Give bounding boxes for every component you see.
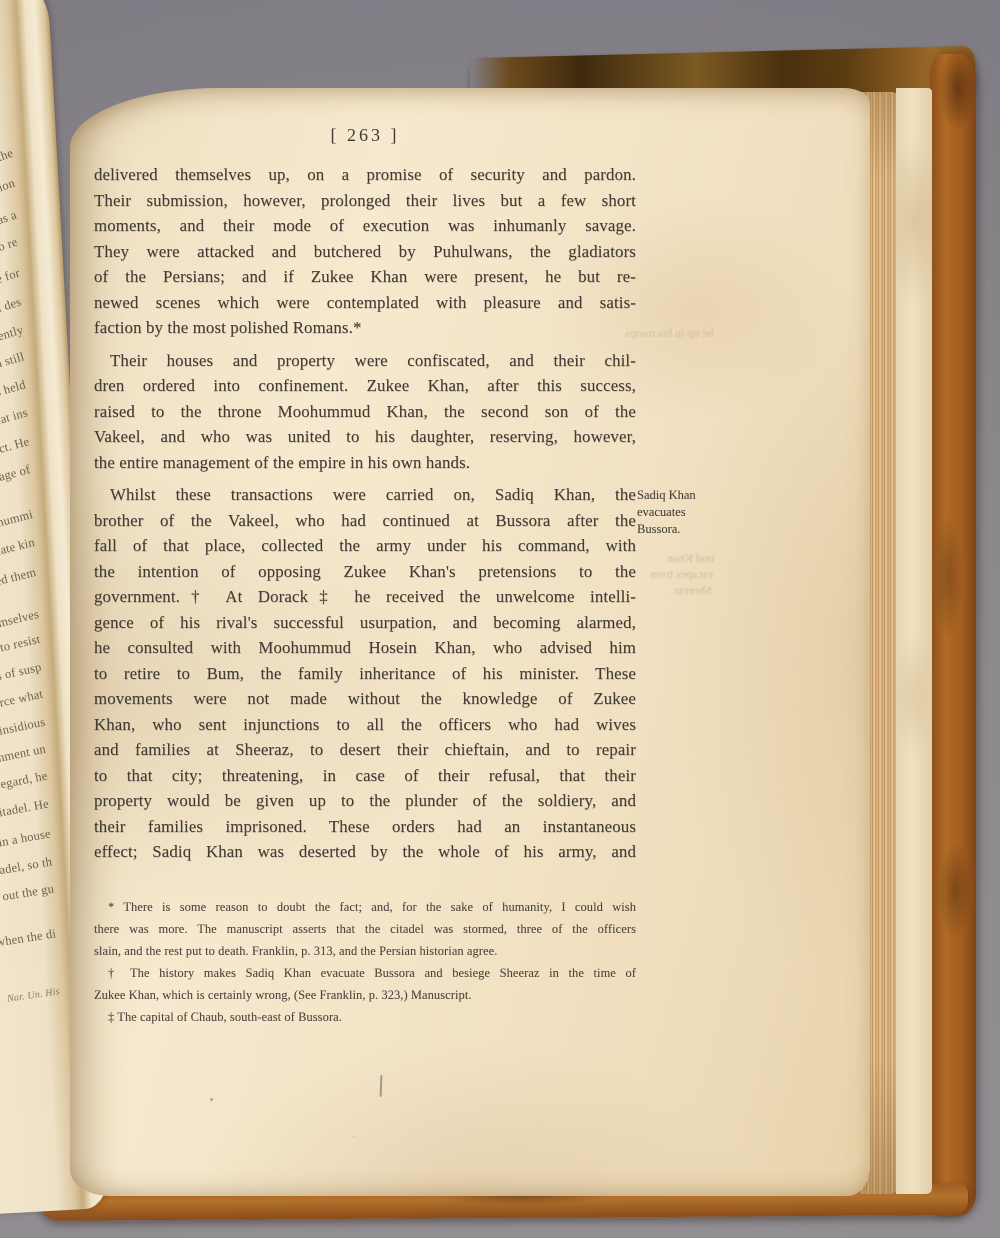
previous-page-text-fragment: n he is held: [0, 377, 28, 408]
previous-page-text-fragment: isregard, he: [0, 769, 49, 795]
text-line: Whilst these transactions were carried o…: [94, 482, 636, 508]
text-line: newed scenes which were contemplated wit…: [94, 290, 636, 316]
body-text: delivered themselves up, on a promise of…: [94, 162, 636, 865]
ink-bleedthrough: he up in his troops: [624, 325, 714, 341]
text-line: to that city; threatening, in case of th…: [94, 763, 636, 789]
previous-page-text-fragment: disaffection: [0, 176, 17, 210]
text-line: government.† At Dorack‡ he received the …: [94, 584, 636, 610]
book-page: [ 263 ] delivered themselves up, on a pr…: [70, 88, 870, 1196]
footnote: ‡ The capital of Chaub, south-east of Bu…: [94, 1006, 636, 1028]
paper-speck: [210, 1098, 213, 1101]
previous-page-text-fragment: Persia still: [0, 349, 26, 379]
previous-page-text-fragment: in a house: [0, 826, 52, 850]
footnote-line: † The history makes Sadiq Khan evacuate …: [94, 962, 636, 984]
text-line: delivered themselves up, on a promise of…: [94, 162, 636, 188]
paragraph: delivered themselves up, on a promise of…: [94, 162, 636, 341]
text-line: Khan, who sent injunctions to all the of…: [94, 712, 636, 738]
text-line: Vakeel, and who was united to his daught…: [94, 424, 636, 450]
text-line: raised to the throne Moohummud Khan, the…: [94, 399, 636, 425]
previous-page-text-fragment: red them: [0, 565, 38, 590]
text-line: the entire management of the empire in h…: [94, 450, 636, 476]
previous-page-text-fragment: ects of susp: [0, 660, 43, 688]
previous-page-text-fragment: em up as a: [0, 208, 19, 240]
paragraph: Whilst these transactions were carried o…: [94, 482, 636, 865]
text-line: of the Persians; and if Zukee Khan were …: [94, 264, 636, 290]
previous-page-text-fragment: itadel, so th: [0, 854, 54, 879]
margin-note-line: evacuates: [637, 504, 757, 521]
previous-page-text-fragment: due to re: [0, 235, 20, 263]
margin-note-line: Sadiq Khan: [637, 487, 757, 504]
text-line: effect; Sadiq Khan was deserted by the w…: [94, 839, 636, 865]
text-line: property would be given up to the plunde…: [94, 788, 636, 814]
previous-page-text-fragment: when the di: [0, 926, 58, 950]
previous-page-text-fragment: y force what: [0, 687, 45, 715]
bleedthrough-line: Sheeraz.: [648, 582, 712, 598]
text-line: to retire to Bum, the family inheritance…: [94, 661, 636, 687]
previous-page-text-fragment: ernment un: [0, 742, 48, 768]
footnote-line: Zukee Khan, which is certainly wrong, (S…: [94, 984, 636, 1006]
text-line: faction by the most polished Romans.*: [94, 315, 636, 341]
text-line: They were attacked and butchered by Puhu…: [94, 239, 636, 265]
photo-background: adopt thedisaffectionem up as adue to re…: [0, 0, 1000, 1238]
footnote-line: slain, and the rest put to death. Frankl…: [94, 940, 636, 962]
previous-page-text-fragment: his insidious: [0, 715, 46, 743]
text-line: movements were not made without the know…: [94, 686, 636, 712]
endpaper-edge: [896, 88, 932, 1194]
previous-page-text-fragment: the late kin: [0, 535, 36, 564]
page-number: [ 263 ]: [94, 125, 636, 146]
text-line: their families imprisoned. These orders …: [94, 814, 636, 840]
text-line: and families at Sheeraz, to desert their…: [94, 737, 636, 763]
footnote-line: * There is some reason to doubt the fact…: [94, 896, 636, 918]
text-line: Their houses and property were confiscat…: [94, 348, 636, 374]
margin-note-line: Bussora.: [637, 521, 757, 538]
previous-page-text-fragment: Moohummi: [0, 507, 35, 537]
previous-page-text-fragment: Vakeel des: [0, 295, 23, 326]
previous-page-text-fragment: pect. He: [0, 434, 31, 460]
previous-page-text-fragment: adopt the: [0, 146, 15, 176]
text-line: moments, and their mode of execution was…: [94, 213, 636, 239]
previous-page-text-fragment: Nar. Un. His: [6, 986, 60, 1005]
bleedthrough-line: nud Khan: [651, 550, 715, 566]
bleedthrough-line: he up in his troops: [624, 325, 714, 341]
text-line: he consulted with Moohummud Hosein Khan,…: [94, 635, 636, 661]
text-line: fall of that place, collected the army u…: [94, 533, 636, 559]
footnote: † The history makes Sadiq Khan evacuate …: [94, 962, 636, 1006]
text-line: gence of his rival's successful usurpati…: [94, 610, 636, 636]
previous-page-text-fragment: itadel. He: [0, 797, 51, 821]
previous-page-text-fragment: repeat ins: [0, 405, 29, 433]
margin-note: Sadiq KhanevacuatesBussora.: [637, 487, 757, 538]
bleedthrough-line: escapes from: [649, 566, 713, 582]
book-cover-right-edge: [930, 54, 976, 1216]
paragraph: Their houses and property were confiscat…: [94, 348, 636, 476]
text-line: Their submission, however, prolonged the…: [94, 188, 636, 214]
footnote-line: ‡ The capital of Chaub, south-east of Bu…: [94, 1006, 636, 1028]
footnote-line: there was more. The manuscript asserts t…: [94, 918, 636, 940]
previous-page-text-fragment: ed age of: [0, 462, 32, 489]
pencil-mark: [380, 1075, 383, 1097]
previous-page-text-fragment: on to resist: [0, 632, 42, 659]
footnote: * There is some reason to doubt the fact…: [94, 896, 636, 962]
text-line: brother of the Vakeel, who had continued…: [94, 508, 636, 534]
text-line: the intention of opposing Zukee Khan's p…: [94, 559, 636, 585]
footnotes: * There is some reason to doubt the fact…: [94, 896, 636, 1028]
text-block: [ 263 ] delivered themselves up, on a pr…: [94, 88, 636, 1028]
text-line: dren ordered into confinement. Zukee Kha…: [94, 373, 636, 399]
previous-page-text-fragment: out the gu: [1, 881, 55, 904]
ink-bleedthrough: nud Khanescapes fromSheeraz.: [648, 550, 714, 598]
